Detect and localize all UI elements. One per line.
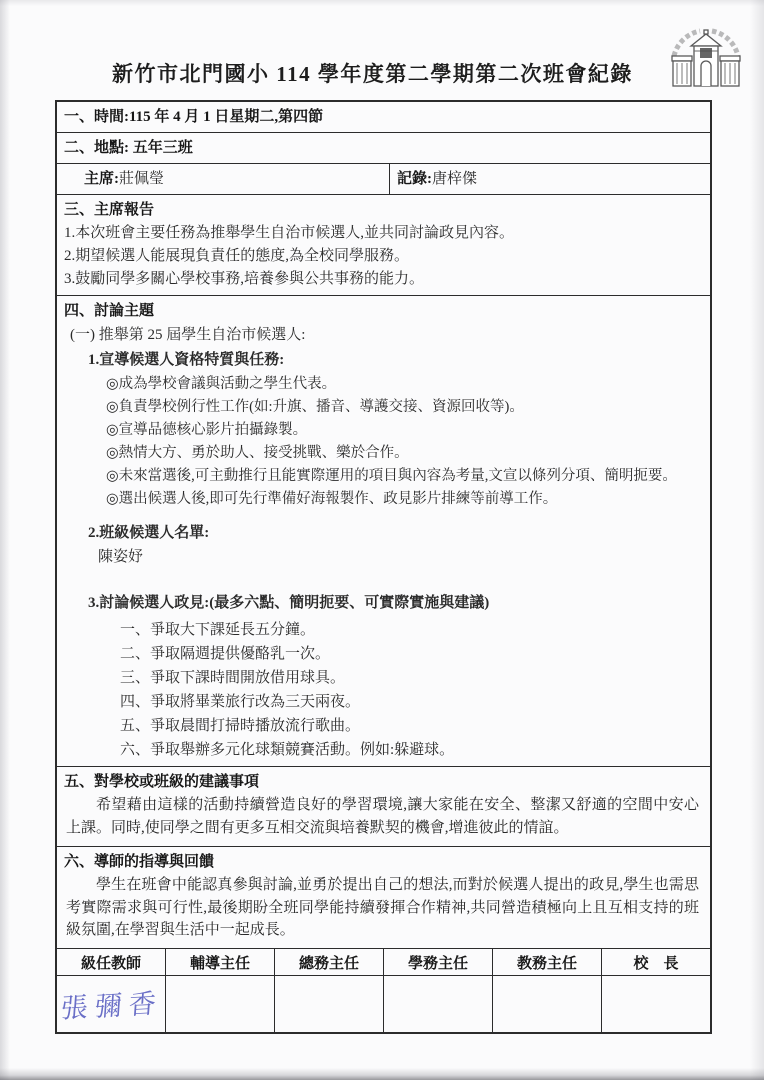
signature-cell-academic-affairs-director — [493, 976, 602, 1032]
chair-report-item: 2.期望候選人能展現負責任的態度,為全校同學服務。 — [64, 245, 703, 268]
time-row: 一、時間:115 年 4 月 1 日星期二,第四節 — [57, 102, 710, 133]
signoff-header-row: 級任教師 輔導主任 總務主任 學務主任 教務主任 校 長 — [57, 949, 710, 976]
signature-cell-general-affairs-director — [275, 976, 384, 1032]
signoff-header-principal: 校 長 — [602, 949, 710, 975]
discussion-bullet: ◎負責學校例行性工作(如:升旗、播音、導護交接、資源回收等)。 — [64, 396, 703, 419]
discussion-bullet: ◎熱情大方、勇於助人、接受挑戰、樂於合作。 — [64, 442, 703, 465]
signoff-header-general-affairs-director: 總務主任 — [275, 949, 384, 975]
policy-item: 五、爭取晨間打掃時播放流行歌曲。 — [64, 714, 703, 738]
discussion-bullet: ◎選出候選人後,即可先行準備好海報製作、政見影片排練等前導工作。 — [64, 488, 703, 511]
discussion-part1-title: 1.宣導候選人資格特質與任務: — [64, 348, 703, 373]
policy-item: 六、爭取舉辦多元化球類競賽活動。例如:躲避球。 — [64, 738, 703, 762]
chair-report-section: 三、主席報告 1.本次班會主要任務為推舉學生自治市候選人,並共同討論政見內容。 … — [57, 195, 710, 296]
scan-edge-top — [0, 0, 764, 6]
teacher-feedback-heading: 六、導師的指導與回饋 — [64, 850, 703, 874]
discussion-bullet: ◎宣導品德核心影片拍攝錄製。 — [64, 419, 703, 442]
signature-cell-student-affairs-director — [384, 976, 493, 1032]
recorder-name: 唐梓傑 — [432, 171, 477, 187]
meeting-record-table: 一、時間:115 年 4 月 1 日星期二,第四節 二、地點: 五年三班 主席:… — [55, 100, 712, 1034]
chair-label: 主席: — [84, 171, 119, 187]
school-emblem-icon — [664, 20, 748, 96]
signature-cell-homeroom-teacher: 張彌香 — [57, 976, 166, 1032]
signoff-header-homeroom-teacher: 級任教師 — [57, 949, 166, 975]
discussion-bullet: ◎成為學校會議與活動之學生代表。 — [64, 373, 703, 396]
signoff-header-student-affairs-director: 學務主任 — [384, 949, 493, 975]
signoff-header-counseling-director: 輔導主任 — [166, 949, 275, 975]
teacher-feedback-section: 六、導師的指導與回饋 學生在班會中能認真參與討論,並勇於提出自己的想法,而對於候… — [57, 847, 710, 949]
chair-report-heading: 三、主席報告 — [64, 198, 703, 222]
chair-cell: 主席:莊佩瑩 — [57, 164, 390, 194]
policy-item: 二、爭取隔週提供優酪乳一次。 — [64, 642, 703, 666]
policy-item: 一、爭取大下課延長五分鐘。 — [64, 618, 703, 642]
homeroom-teacher-signature: 張彌香 — [60, 981, 165, 1026]
discussion-bullet: ◎未來當選後,可主動推行且能實際運用的項目與內容為考量,文宣以條列分項、簡明扼要… — [64, 465, 703, 488]
signoff-header-academic-affairs-director: 教務主任 — [493, 949, 602, 975]
discussion-part2-title: 2.班級候選人名單: — [64, 521, 703, 546]
discussion-section: 四、討論主題 (一) 推舉第 25 屆學生自治市候選人: 1.宣導候選人資格特質… — [57, 296, 710, 767]
policy-item: 四、爭取將畢業旅行改為三天兩夜。 — [64, 690, 703, 714]
discussion-part3-title: 3.討論候選人政見:(最多六點、簡明扼要、可實際實施與建議) — [64, 591, 703, 616]
suggestions-section: 五、對學校或班級的建議事項 希望藉由這樣的活動持續營造良好的學習環境,讓大家能在… — [57, 767, 710, 847]
recorder-cell: 記錄:唐梓傑 — [390, 164, 710, 194]
teacher-feedback-paragraph: 學生在班會中能認真參與討論,並勇於提出自己的想法,而對於候選人提出的政見,學生也… — [64, 874, 703, 944]
scan-edge-bottom — [0, 1068, 764, 1080]
policy-item: 三、爭取下課時間開放借用球具。 — [64, 666, 703, 690]
signature-cell-counseling-director — [166, 976, 275, 1032]
discussion-topic: (一) 推舉第 25 屆學生自治市候選人: — [64, 323, 703, 348]
place-row: 二、地點: 五年三班 — [57, 133, 710, 164]
chair-report-item: 1.本次班會主要任務為推舉學生自治市候選人,並共同討論政見內容。 — [64, 222, 703, 245]
recorder-label: 記錄: — [397, 171, 432, 187]
signoff-signature-row: 張彌香 — [57, 976, 710, 1032]
suggestions-heading: 五、對學校或班級的建議事項 — [64, 770, 703, 794]
candidate-name: 陳姿妤 — [64, 546, 703, 569]
scan-edge-right — [750, 0, 764, 1080]
chair-name: 莊佩瑩 — [119, 171, 164, 187]
suggestions-paragraph: 希望藉由這樣的活動持續營造良好的學習環境,讓大家能在安全、整潔又舒適的空間中安心… — [64, 794, 703, 842]
chair-report-item: 3.鼓勵同學多關心學校事務,培養參與公共事務的能力。 — [64, 268, 703, 291]
page-title: 新竹市北門國小 114 學年度第二學期第二次班會紀錄 — [112, 58, 633, 88]
school-emblem-logo — [664, 20, 748, 96]
scan-edge-left — [0, 0, 10, 1080]
signature-cell-principal — [602, 976, 710, 1032]
discussion-heading: 四、討論主題 — [64, 299, 703, 323]
chair-recorder-row: 主席:莊佩瑩 記錄:唐梓傑 — [57, 164, 710, 195]
